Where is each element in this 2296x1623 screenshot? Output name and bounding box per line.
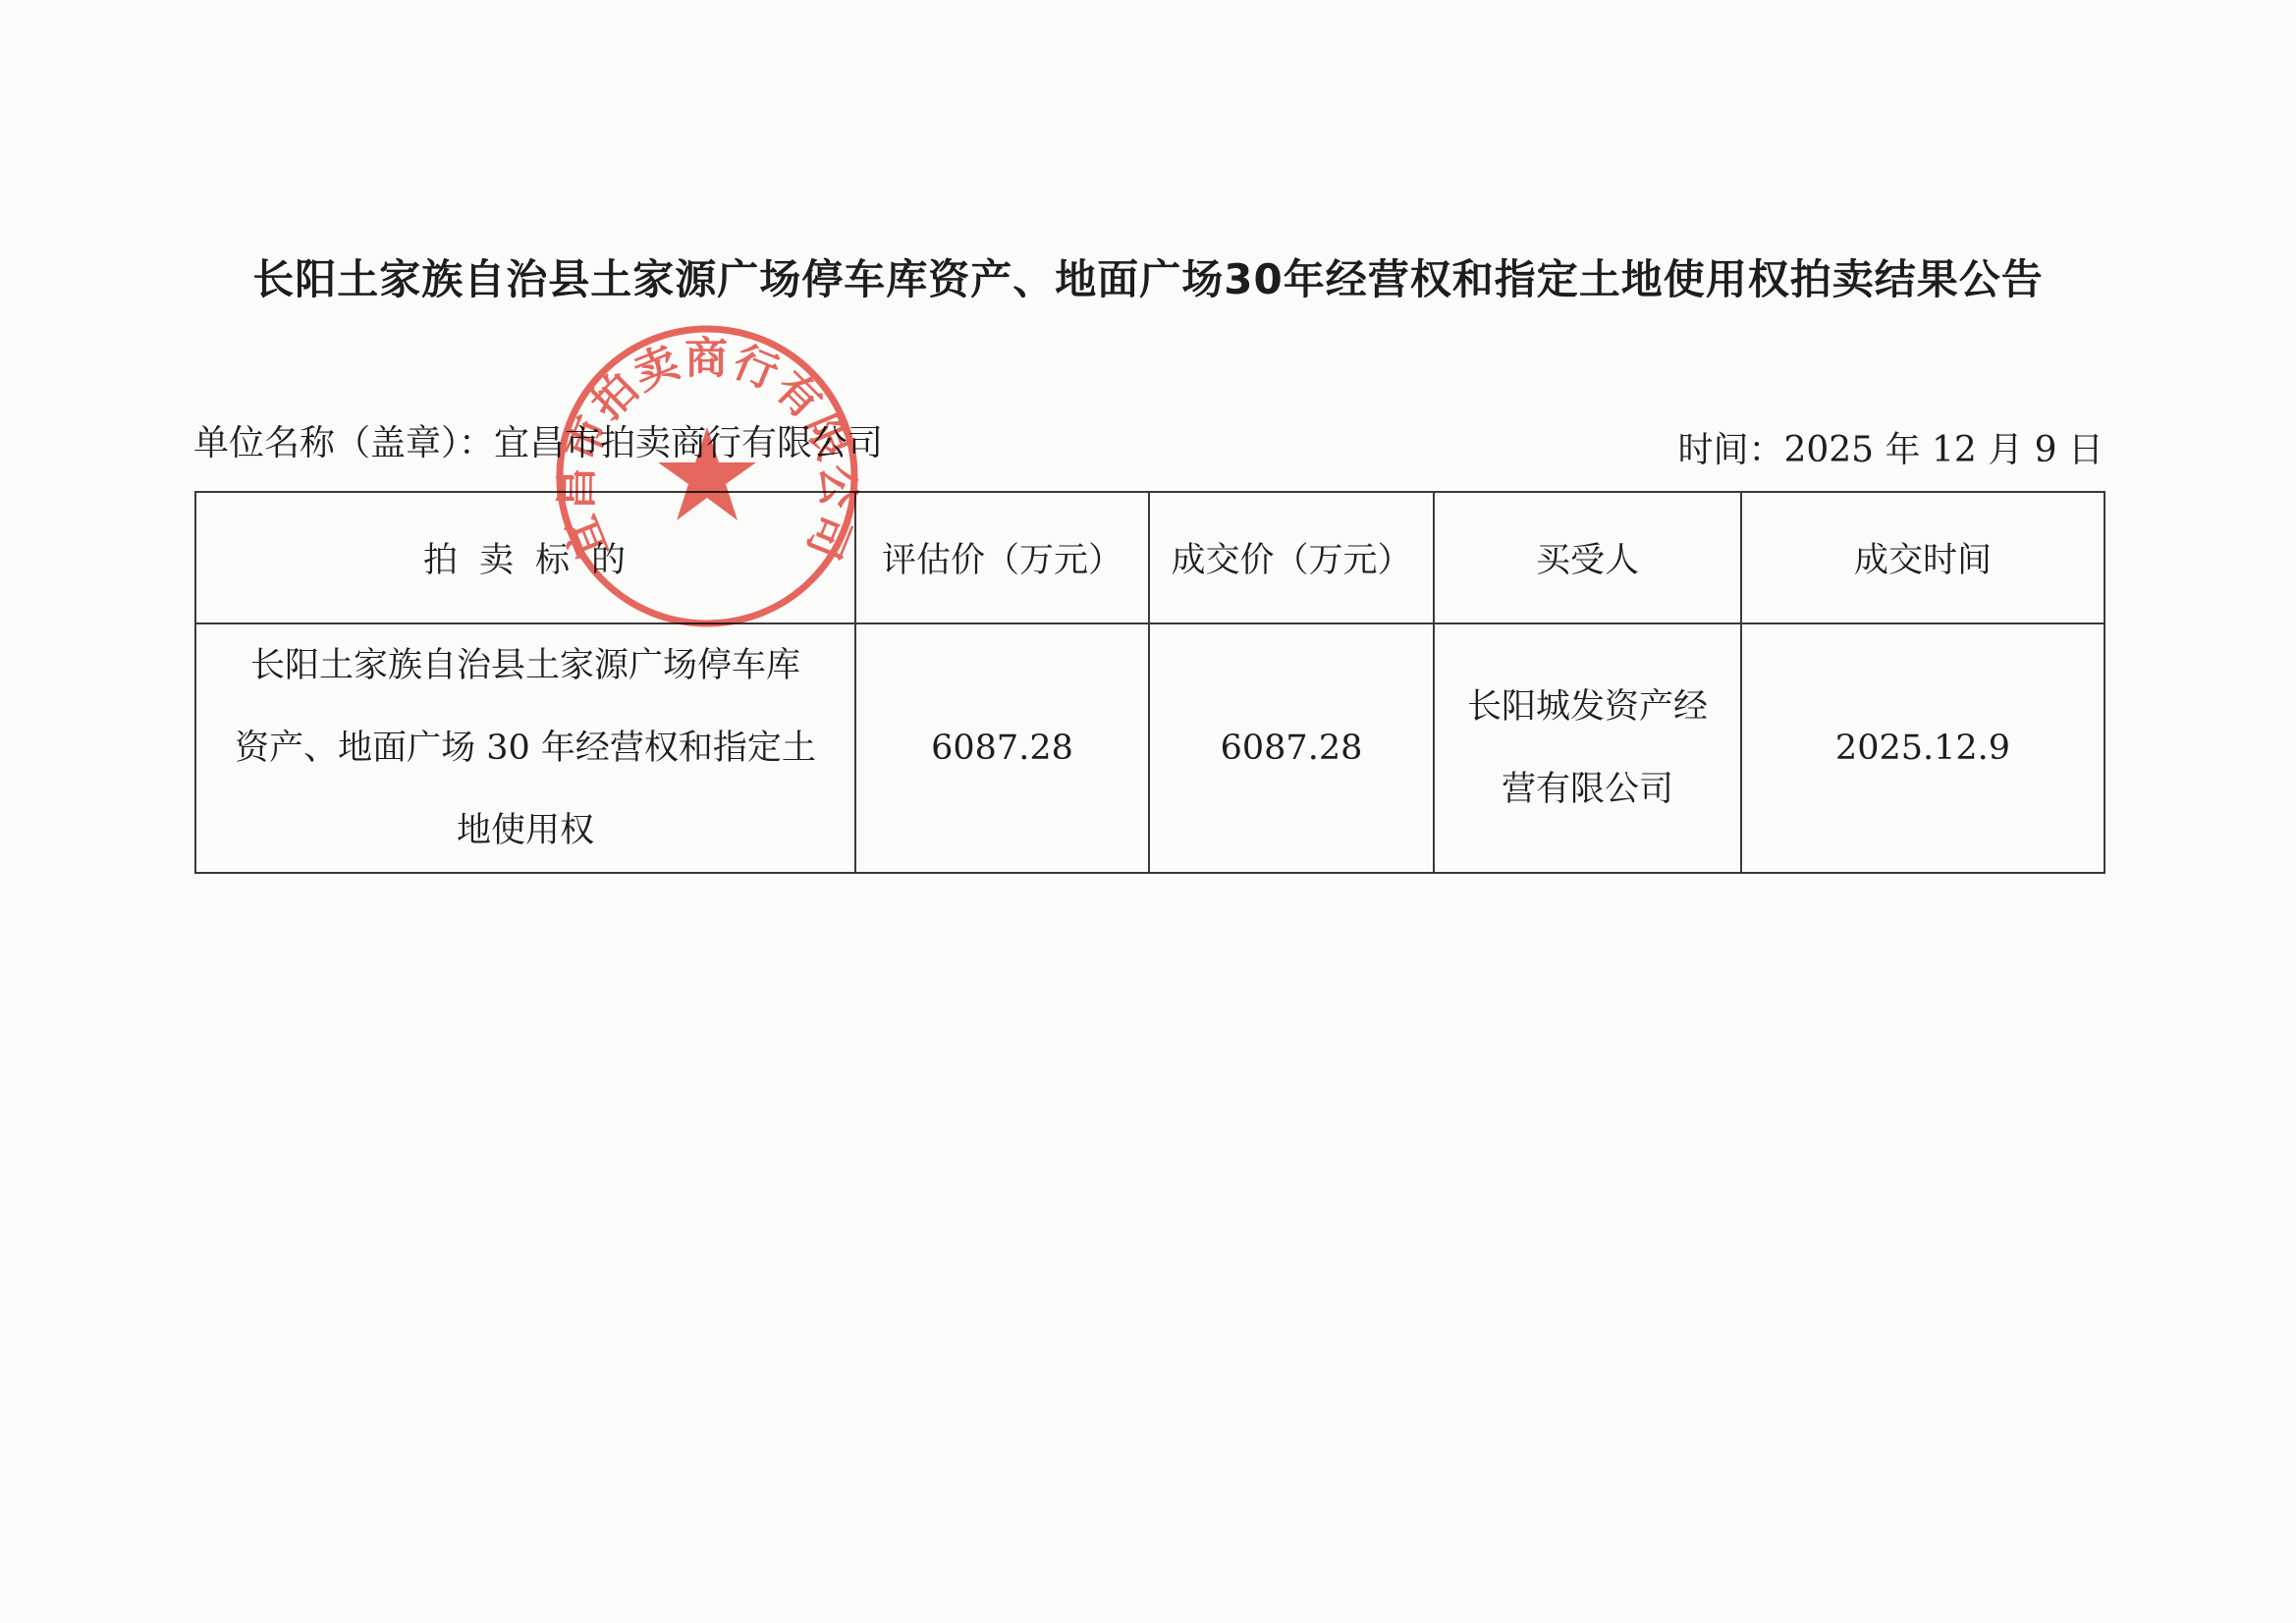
table-row: 长阳土家族自治县土家源广场停车库 资产、地面广场 30 年经营权和指定土 地使用…	[195, 623, 2105, 873]
subject-line: 地使用权	[206, 789, 845, 872]
header-transaction-price: 成交价（万元）	[1149, 492, 1434, 623]
table-header-row: 拍卖标的 评估价（万元） 成交价（万元） 买受人 成交时间	[195, 492, 2105, 623]
cell-buyer: 长阳城发资产经 营有限公司	[1434, 623, 1741, 873]
auction-result-table: 拍卖标的 评估价（万元） 成交价（万元） 买受人 成交时间 长阳土家族自治县土家…	[194, 491, 2105, 874]
cell-auction-subject: 长阳土家族自治县土家源广场停车库 资产、地面广场 30 年经营权和指定土 地使用…	[195, 623, 855, 873]
page-title: 长阳土家族自治县土家源广场停车库资产、地面广场30年经营权和指定土地使用权拍卖结…	[0, 247, 2296, 306]
cell-transaction-price: 6087.28	[1149, 623, 1434, 873]
header-buyer: 买受人	[1434, 492, 1741, 623]
cell-transaction-date: 2025.12.9	[1741, 623, 2105, 873]
unit-name-label: 单位名称（盖章）：宜昌市拍卖商行有限公司	[193, 415, 883, 465]
buyer-line: 营有限公司	[1445, 748, 1730, 831]
subject-line: 资产、地面广场 30 年经营权和指定土	[206, 707, 845, 789]
subject-line: 长阳土家族自治县土家源广场停车库	[206, 624, 845, 707]
cell-appraised-price: 6087.28	[855, 623, 1149, 873]
buyer-line: 长阳城发资产经	[1445, 666, 1730, 748]
header-appraised-price: 评估价（万元）	[855, 492, 1149, 623]
announcement-date: 时间：2025 年 12 月 9 日	[1677, 422, 2104, 472]
header-transaction-date: 成交时间	[1741, 492, 2105, 623]
header-auction-subject: 拍卖标的	[195, 492, 855, 623]
